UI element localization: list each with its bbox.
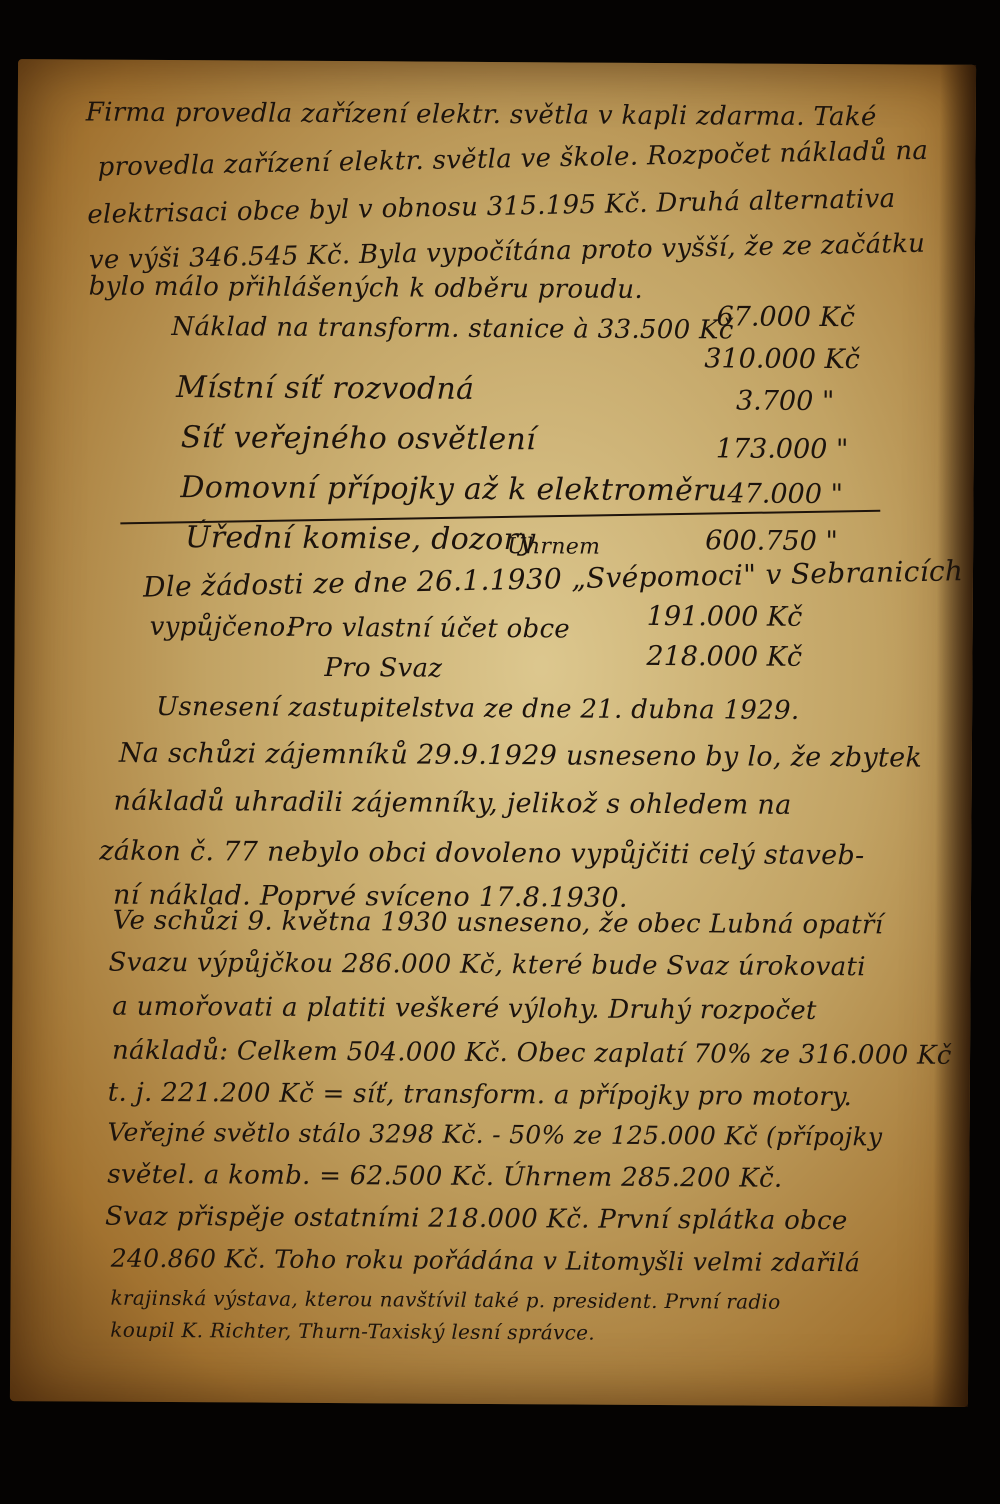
text-line: Firma provedla zařízení elektr. světla v… (86, 98, 877, 133)
text-line: nákladů uhradili zájemníky, jelikož s oh… (113, 786, 791, 821)
notebook-page: Firma provedla zařízení elektr. světla v… (10, 59, 976, 1407)
cost-amount: 47.000 " (727, 478, 843, 510)
loan-label: vypůjčeno: (150, 612, 295, 643)
text-line: ve výši 346.545 Kč. Byla vypočítána prot… (89, 229, 926, 276)
text-line: koupil K. Richter, Thurn-Taxiský lesní s… (110, 1318, 595, 1345)
text-line: krajinská výstava, kterou navštívil také… (110, 1286, 780, 1314)
cost-amount: 310.000 Kč (704, 343, 860, 375)
page-edge-shadow (932, 65, 976, 1407)
text-line: Na schůzi zájemníků 29.9.1929 usneseno b… (119, 738, 922, 774)
text-line: a umořovati a platiti veškeré výlohy. Dr… (112, 992, 817, 1026)
loan-own-label: Pro vlastní účet obce (287, 613, 571, 645)
cost-amount: 67.000 Kč (716, 301, 855, 333)
total-label: Úhrnem (507, 534, 600, 560)
text-line: nákladů: Celkem 504.000 Kč. Obec zaplatí… (112, 1036, 952, 1071)
text-line: zákon č. 77 nebylo obci dovoleno vypůjči… (99, 836, 864, 872)
text-line: Svaz přispěje ostatními 218.000 Kč. Prvn… (105, 1202, 848, 1237)
cost-label: Úřední komise, dozory (185, 520, 535, 557)
text-line: Usnesení zastupitelstva ze dne 21. dubna… (156, 692, 799, 726)
cost-amount: 3.700 " (736, 385, 834, 417)
text-line: t. j. 221.200 Kč = síť, transform. a pří… (108, 1078, 852, 1113)
loan-union-label: Pro Svaz (324, 653, 442, 684)
text-line: elektrisaci obce byl v obnosu 315.195 Kč… (87, 184, 896, 230)
cost-amount: 173.000 " (716, 433, 849, 465)
cost-label: Domovní přípojky až k elektroměru (180, 470, 727, 508)
cost-table: Náklad na transform. stanice à 33.500 Kč… (18, 59, 976, 65)
text-line: 240.860 Kč. Toho roku pořádána v Litomyš… (111, 1244, 861, 1278)
text-line: provedla zařízení elektr. světla ve škol… (97, 136, 928, 183)
loan-union-amount: 218.000 Kč (646, 641, 802, 673)
text-line: Svazu výpůjčkou 286.000 Kč, které bude S… (108, 948, 865, 983)
cost-label: Náklad na transform. stanice à 33.500 Kč (171, 312, 733, 345)
cost-label: Síť veřejného osvětlení (181, 420, 536, 457)
total-amount: 600.750 " (705, 525, 838, 557)
loan-own-amount: 191.000 Kč (647, 601, 803, 633)
text-line: bylo málo přihlášených k odběru proudu. (89, 272, 643, 305)
text-line: Veřejné světlo stálo 3298 Kč. - 50% ze 1… (107, 1118, 882, 1152)
text-line: světel. a komb. = 62.500 Kč. Úhrnem 285.… (107, 1160, 782, 1194)
text-line: Dle žádosti ze dne 26.1.1930 „Svépomoci"… (143, 554, 964, 603)
cost-label: Místní síť rozvodná (176, 370, 474, 407)
loan-section: Dle žádosti ze dne 26.1.1930 „Svépomoci"… (18, 59, 976, 65)
text-line: Ve schůzi 9. května 1930 usneseno, že ob… (113, 906, 884, 941)
